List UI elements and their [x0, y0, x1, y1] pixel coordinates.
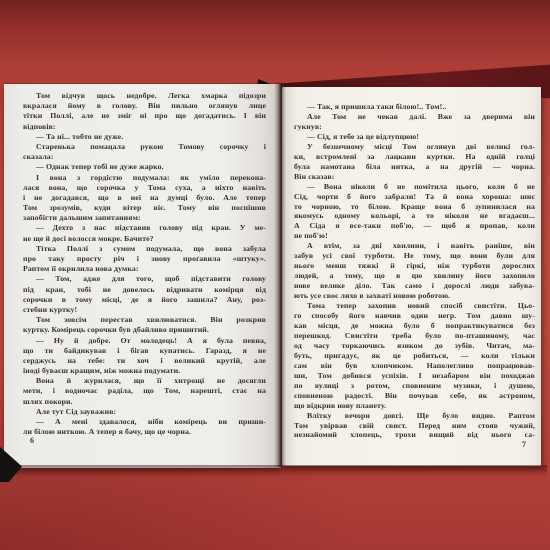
- text-line: — Вона ніколи б не помітила цього, коли …: [294, 182, 535, 192]
- text-line: не поб'ю!: [294, 231, 535, 241]
- text-line: ють усе своє лихо в захваті новою робото…: [294, 291, 535, 301]
- text-line: стебни куртку!: [23, 305, 266, 315]
- text-line: Влітку вечори довгі. Ще було видно. Рапт…: [294, 411, 535, 421]
- text-line: відповів:: [23, 122, 266, 132]
- text-line: — Том, адже для того, щоб підставити гол…: [23, 274, 266, 284]
- text-line: Том зовсім перестав хвилюватися. Він роз…: [23, 315, 266, 325]
- text-line: кав місця, де можна було б попрактикуват…: [294, 321, 535, 331]
- text-line: буть, пригадує, як це робиться, — коли т…: [294, 351, 535, 361]
- text-line: ки, встромлені за лацкани куртки. На одн…: [294, 152, 535, 162]
- text-line: го способу його навчив один негр. Том да…: [294, 311, 535, 321]
- text-line: запобігти дальшим запитанням:: [23, 213, 266, 223]
- text-line: — Сід, я тебе за це відлупцюю!: [294, 132, 535, 142]
- text-line: і не догадався, що в неї на думці було. …: [23, 193, 266, 203]
- text-line: про таку просту річ і знову проґавила «ш…: [23, 254, 266, 264]
- text-line: вкралася йому в голову. Він пильно оглян…: [23, 101, 266, 111]
- text-line: по вулиці з ротом, сповненим музики, і д…: [294, 381, 535, 391]
- text-line: Том зрозумів, куди вітер віє. Тому він п…: [23, 203, 266, 213]
- text-line: Вона й журилася, що її хитрощі не досягл…: [23, 376, 266, 386]
- left-page: Том відчув щось недобре. Легка хмарка пі…: [4, 84, 281, 468]
- text-line: забув усі свої турботи. Не тому, що вони…: [294, 251, 535, 261]
- text-line: сповненою радості. Він почував себе, як …: [294, 391, 535, 401]
- text-line: Сід, чорти б його забрали! Та й вона хор…: [294, 192, 535, 202]
- text-line: перешкод. Свистіти треба було по-пташино…: [294, 331, 535, 341]
- text-line: — Так, я пришила таки білою!.. Том!..: [294, 102, 535, 112]
- text-line: що відкрив нову планету.: [294, 401, 535, 411]
- text-line: якомусь одному кольорі, а то ніколи не в…: [294, 211, 535, 221]
- text-line: І вона з гордістю подумала: як уміло пер…: [23, 173, 266, 183]
- text-line: людей, а тому, що в цю хвилину його захо…: [294, 271, 535, 281]
- page-gutter: [274, 84, 286, 467]
- book-bottom-shadow: [2, 465, 547, 477]
- text-line: незнайомий хлопець, трохи вищий від ньог…: [294, 430, 535, 440]
- text-line: — Та ні... тобто не дуже.: [23, 132, 266, 142]
- text-line: куртку. Комірець сорочки був дбайливо пр…: [23, 325, 266, 335]
- left-page-number: 6: [30, 436, 34, 445]
- book-photo: Том відчув щось недобре. Легка хмарка пі…: [0, 0, 550, 550]
- text-line: була намотана біла нитка, а на другій — …: [294, 162, 535, 172]
- text-line: Він сказав:: [294, 172, 535, 182]
- text-line: сказала:: [23, 152, 266, 162]
- text-line: то чорною, то білою. Краще вона б зупини…: [294, 202, 535, 212]
- right-page-text: — Так, я пришила таки білою!.. Том!..Але…: [294, 102, 535, 440]
- text-line: — Ну й добре. От молодець! А я була певн…: [23, 336, 266, 346]
- text-line: шлях покори.: [23, 397, 266, 407]
- text-line: нього менш тяжкі й гіркі, ніж турботи до…: [294, 261, 535, 271]
- left-page-text: Том відчув щось недобре. Легка хмарка пі…: [23, 91, 266, 437]
- text-line: нове велике діло. Так само і дорослі люд…: [294, 281, 535, 291]
- text-line: ши, Том добився успіхів. І незабаром він…: [294, 371, 535, 381]
- text-line: — Однак тепер тобі не дуже жарко.: [23, 162, 266, 172]
- text-line: сорочки в тому місці, де я його зашила? …: [23, 295, 266, 305]
- text-line: А втім, за дві хвилини, і навіть раніше,…: [294, 241, 535, 251]
- text-line: іноді буваєш кращим, ніж можна подумати.: [23, 366, 266, 376]
- text-line: У безпечному місці Том оглянув дві велик…: [294, 142, 535, 152]
- text-line: тітки Поллі, але не зміг ні про що догад…: [23, 111, 266, 121]
- text-line: Том відчув щось недобре. Легка хмарка пі…: [23, 91, 266, 101]
- text-line: Але тут Сід зауважив:: [23, 407, 266, 417]
- text-line: не ще й досі волосся мокре. Бачите?: [23, 234, 266, 244]
- text-line: од часу торкаючись язиком до зубів. Чита…: [294, 341, 535, 351]
- text-line: серджусь на тебе: ти хоч і великий круті…: [23, 356, 266, 366]
- right-page: — Так, я пришила таки білою!.. Том!..Але…: [282, 87, 541, 466]
- text-line: Том увірвав свій свист. Перед ним стояв …: [294, 421, 535, 431]
- text-line: що ти байдикував і бігав купатись. Гараз…: [23, 346, 266, 356]
- text-line: А Сіда я все-таки поб'ю, — щоб я пропав,…: [294, 221, 535, 231]
- text-line: Старенька помацала рукою Томову сорочку …: [23, 142, 266, 152]
- text-line: лася вона, що сорочка у Тома суха, а ніх…: [23, 183, 266, 193]
- text-line: сам він був хлопчиком. Наполегливо попра…: [294, 361, 535, 371]
- text-line: — А мені здавалося, ніби комірець ви при…: [23, 417, 266, 427]
- text-line: ли білою ниткою. А тепер я бачу, що це ч…: [23, 427, 266, 437]
- text-line: Раптом її окрилила нова думка:: [23, 264, 266, 274]
- right-page-number: 7: [522, 440, 526, 449]
- text-line: Тітка Поллі з сумом подумала, що вона за…: [23, 244, 266, 254]
- text-line: Тома тепер захопив новий спосіб свистіти…: [294, 301, 535, 311]
- text-line: — Дехто з нас підставив голову під кран.…: [23, 223, 266, 233]
- text-line: Але Том не чекав далі. Вже за дверима ві…: [294, 112, 535, 122]
- text-line: мети, і водночас раділа, що Том, нарешті…: [23, 386, 266, 396]
- text-line: гукнув:: [294, 122, 535, 132]
- text-line: під кран, тобі не довелось відривати ком…: [23, 285, 266, 295]
